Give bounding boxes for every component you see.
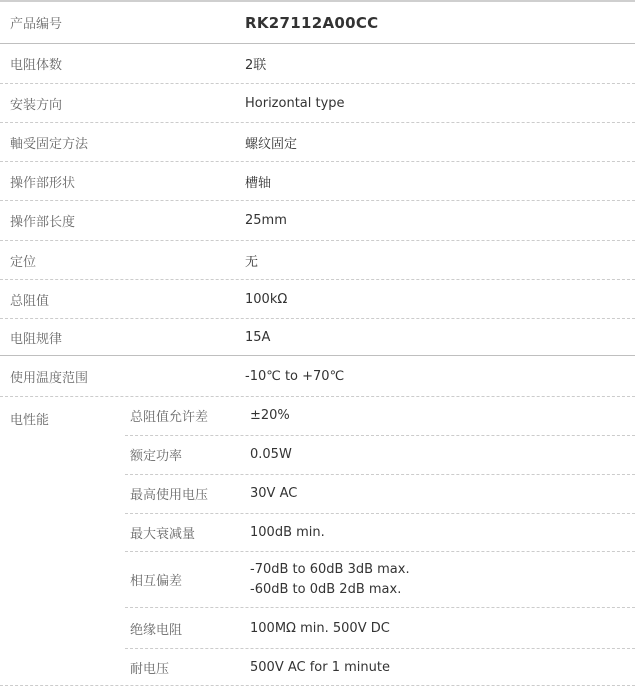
subrow-max-operating-voltage: 最高使用电压 30V AC xyxy=(125,475,635,514)
subrow-insulation-resistance: 绝缘电阻 100MΩ min. 500V DC xyxy=(125,608,635,649)
spec-label: 安装方向 xyxy=(0,94,245,113)
spec-sublabel: 最高使用电压 xyxy=(125,484,250,503)
spec-label: 操作部长度 xyxy=(0,211,245,230)
spec-value-line: -60dB to 0dB 2dB max. xyxy=(250,580,635,600)
spec-row-resistor-units: 电阻体数 2联 xyxy=(0,44,635,84)
spec-row-shaft-shape: 操作部形状 槽轴 xyxy=(0,162,635,201)
spec-value: ±20% xyxy=(250,408,635,423)
subrow-rated-power: 额定功率 0.05W xyxy=(125,436,635,475)
product-spec-table: 产品编号 RK27112A00CC 电阻体数 2联 安装方向 Horizonta… xyxy=(0,0,635,686)
spec-row-resistance-taper: 电阻规律 15A xyxy=(0,319,635,356)
spec-row-total-resistance: 总阻值 100kΩ xyxy=(0,280,635,319)
spec-label: 定位 xyxy=(0,251,245,270)
spec-row-electrical-performance: 电性能 总阻值允许差 ±20% 额定功率 0.05W 最高使用电压 30V AC… xyxy=(0,397,635,686)
subrow-voltage-proof: 耐电压 500V AC for 1 minute xyxy=(125,649,635,685)
spec-row-shaft-length: 操作部长度 25mm xyxy=(0,201,635,241)
subrow-max-attenuation: 最大衰减量 100dB min. xyxy=(125,514,635,553)
product-number-value: RK27112A00CC xyxy=(245,14,635,32)
spec-value: 无 xyxy=(245,251,635,270)
spec-label: 使用温度范围 xyxy=(0,367,245,386)
subrow-total-resistance-tolerance: 总阻值允许差 ±20% xyxy=(125,397,635,436)
spec-row-product-number: 产品编号 RK27112A00CC xyxy=(0,2,635,44)
spec-value: -10℃ to +70℃ xyxy=(245,369,635,384)
spec-sublabel: 额定功率 xyxy=(125,445,250,464)
spec-value: -70dB to 60dB 3dB max. -60dB to 0dB 2dB … xyxy=(250,560,635,600)
spec-value: 100MΩ min. 500V DC xyxy=(250,621,635,636)
spec-label: 操作部形状 xyxy=(0,172,245,191)
spec-value: 500V AC for 1 minute xyxy=(250,660,635,675)
spec-label: 軸受固定方法 xyxy=(0,133,245,152)
spec-sublabel: 耐电压 xyxy=(125,658,250,677)
spec-value: 15A xyxy=(245,330,635,345)
spec-sublabel: 相互偏差 xyxy=(125,570,250,589)
spec-sublabel: 绝缘电阻 xyxy=(125,619,250,638)
spec-row-temperature-range: 使用温度范围 -10℃ to +70℃ xyxy=(0,356,635,397)
spec-value: 0.05W xyxy=(250,447,635,462)
spec-value: 100kΩ xyxy=(245,292,635,307)
electrical-performance-subtable: 总阻值允许差 ±20% 额定功率 0.05W 最高使用电压 30V AC 最大衰… xyxy=(125,397,635,685)
spec-row-mounting-direction: 安装方向 Horizontal type xyxy=(0,84,635,123)
spec-label: 电性能 xyxy=(0,397,125,685)
spec-sublabel: 总阻值允许差 xyxy=(125,406,250,425)
spec-value: 2联 xyxy=(245,54,635,73)
spec-sublabel: 最大衰减量 xyxy=(125,523,250,542)
spec-row-bearing-fixing-method: 軸受固定方法 螺纹固定 xyxy=(0,123,635,162)
spec-value: Horizontal type xyxy=(245,96,635,111)
spec-value: 100dB min. xyxy=(250,525,635,540)
spec-value-line: -70dB to 60dB 3dB max. xyxy=(250,560,635,580)
subrow-tracking-error: 相互偏差 -70dB to 60dB 3dB max. -60dB to 0dB… xyxy=(125,552,635,608)
spec-label: 产品编号 xyxy=(0,13,245,32)
spec-value: 25mm xyxy=(245,213,635,228)
spec-label: 电阻规律 xyxy=(0,328,245,347)
spec-value: 槽轴 xyxy=(245,172,635,191)
spec-value: 螺纹固定 xyxy=(245,133,635,152)
spec-label: 电阻体数 xyxy=(0,54,245,73)
spec-row-detent: 定位 无 xyxy=(0,241,635,280)
spec-label: 总阻值 xyxy=(0,290,245,309)
spec-value: 30V AC xyxy=(250,486,635,501)
